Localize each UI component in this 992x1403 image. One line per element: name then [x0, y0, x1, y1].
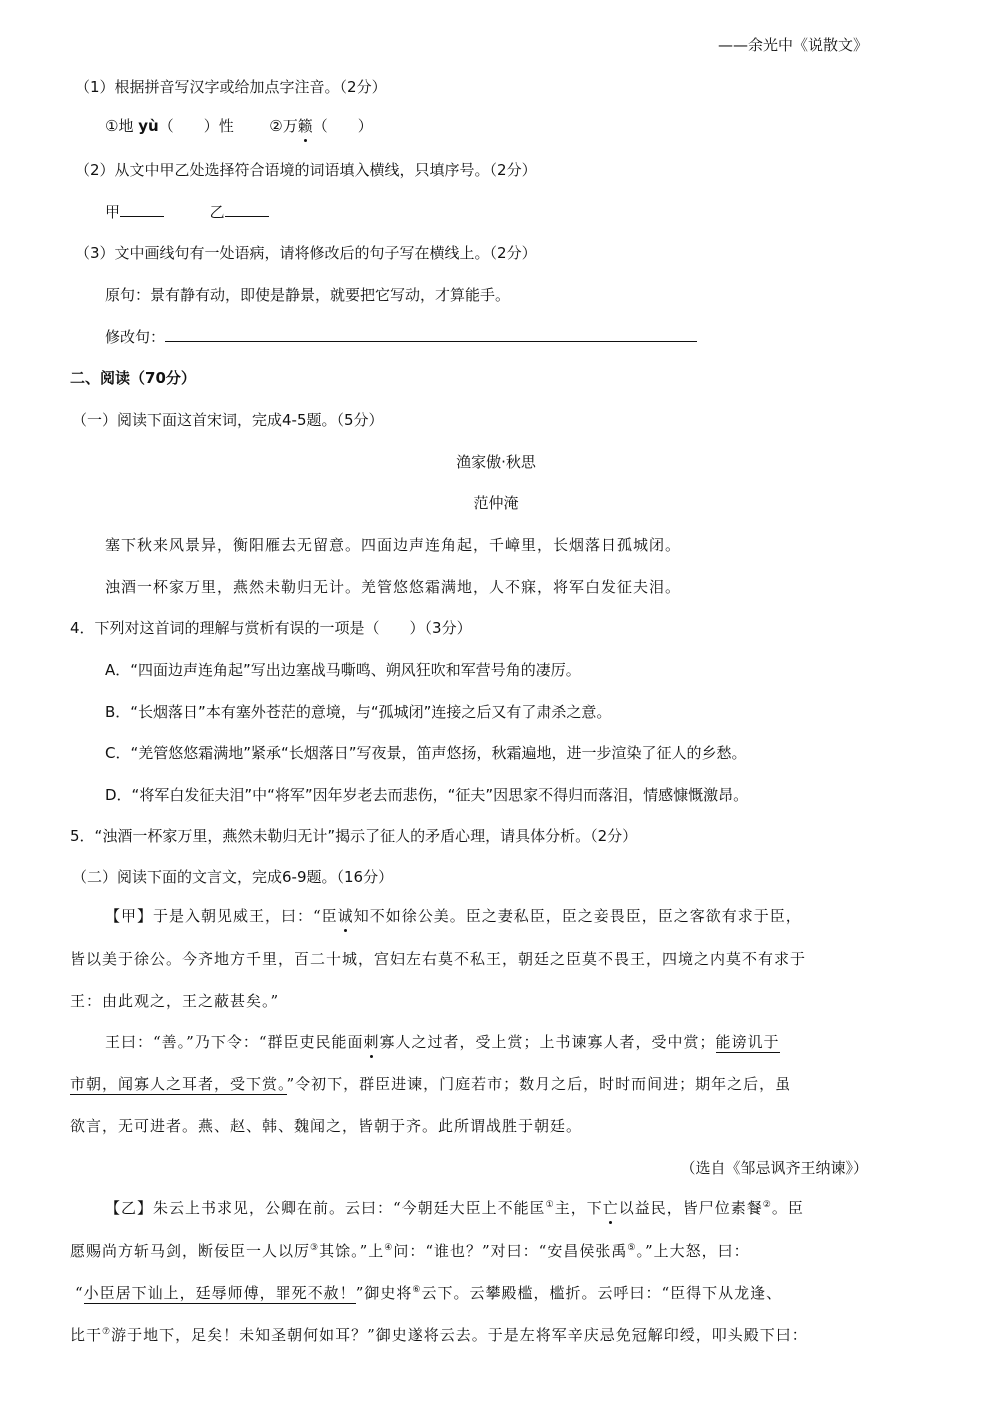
jia-text: ”令初下，群臣进谏，门庭若市；数月之后，时时而间进；期年之后，虽: [287, 1075, 792, 1093]
question-4-prompt: 4．下列对这首词的理解与赏析有误的一项是（ ）（3分）: [70, 618, 472, 638]
item-2-answer-blank[interactable]: （ ）: [313, 117, 373, 135]
part-2-intro: （二）阅读下面的文言文，完成6-9题。（16分）: [72, 867, 393, 887]
yi-line-4: 比干⑦游于地下，足矣！未知圣朝何如耳？”御史遂将云去。于是左将军辛庆忌免冠解印绶…: [70, 1325, 808, 1345]
item-1-suffix: 性: [219, 117, 234, 135]
yi-text: 以益民，皆尸位素餐: [619, 1199, 763, 1217]
jia-line-4: 王曰：“善。”乃下令：“群臣吏民能面刺寡人之过者，受上赏；上书谏寡人者，受中赏；…: [105, 1032, 780, 1052]
option-b[interactable]: B．“长烟落日”本有塞外苍茫的意境，与“孤城闭”连接之后又有了肃杀之意。: [105, 702, 611, 722]
option-d[interactable]: D．“将军白发征夫泪”中“将军”因年岁老去而悲伤，“征夫”因思家不得归而落泪，情…: [105, 785, 748, 805]
question-2-prompt: （2）从文中甲乙处选择符合语境的词语填入横线，只填序号。（2分）: [75, 160, 537, 180]
poem-author: 范仲淹: [0, 493, 992, 513]
jia-line-6: 欲言，无可进者。燕、赵、韩、魏闻之，皆朝于齐。此所谓战胜于朝廷。: [70, 1116, 582, 1136]
jia-line-1: 【甲】于是入朝见威王，曰：“臣诚知不如徐公美。臣之妻私臣，臣之妾畏臣，臣之客欲有…: [105, 906, 802, 926]
yi-text: 比干: [70, 1326, 102, 1344]
question-1-items: ①地 yù（ ）性 ②万籁（ ）: [105, 116, 373, 136]
yi-text: 其馀。”上: [319, 1242, 384, 1260]
label-jia: 甲: [105, 203, 120, 221]
question-2-answers: 甲 乙: [105, 202, 269, 222]
revised-sentence-row: 修改句：: [105, 327, 697, 347]
question-3-prompt: （3）文中画线句有一处语病，请将修改后的句子写在横线上。（2分）: [75, 243, 537, 263]
question-1-prompt: （1）根据拼音写汉字或给加点字注音。（2分）: [75, 77, 387, 97]
quote-attribution: ——余光中《说散文》: [718, 35, 868, 55]
answer-blank-yi[interactable]: [225, 202, 269, 217]
yi-line-2: 愿赐尚方斩马剑，断佞臣一人以厉③其馀。”上④问：“谁也？”对曰：“安昌侯张禹⑤。…: [70, 1241, 750, 1261]
jia-text: 寡人之过者，受上赏；上书谏寡人者，受中赏；: [380, 1033, 716, 1051]
section-2-heading: 二、阅读（70分）: [70, 368, 196, 388]
dotted-char-ci: 刺: [364, 1032, 380, 1052]
footnote-marker: ①: [546, 1200, 555, 1210]
poem-line-1: 塞下秋来风景异，衡阳雁去无留意。四面边声连角起，千嶂里，长烟落日孤城闭。: [105, 535, 681, 555]
revised-label: 修改句：: [105, 328, 165, 346]
label-yi: 乙: [210, 203, 225, 221]
footnote-marker: ③: [310, 1243, 319, 1253]
poem-line-2: 浊酒一杯家万里，燕然未勒归无计。羌管悠悠霜满地，人不寐，将军白发征夫泪。: [105, 577, 681, 597]
footnote-marker: ⑦: [102, 1327, 111, 1337]
yi-text: 问：“谁也？”对曰：“安昌侯张禹: [393, 1242, 627, 1260]
poem-title: 渔家傲·秋思: [0, 452, 992, 472]
yi-text: 游于地下，足矣！未知圣朝何如耳？”御史遂将云去。于是左将军辛庆忌免冠解印绶，叩头…: [111, 1326, 808, 1344]
yi-text: 。臣: [772, 1199, 804, 1217]
jia-source: （选自《邹忌讽齐王纳谏》）: [680, 1158, 868, 1178]
jia-text: 【甲】于是入朝见威王，曰：“臣: [105, 907, 338, 925]
yi-text: ”御史将: [356, 1284, 413, 1302]
dotted-char-wang: 亡: [603, 1198, 619, 1218]
answer-blank-jia[interactable]: [120, 202, 164, 217]
jia-line-3: 王：由此观之，王之蔽甚矣。”: [70, 991, 279, 1011]
underlined-sentence: 市朝，闻寡人之耳者，受下赏。: [70, 1075, 287, 1095]
item-1-pinyin: yù: [138, 117, 158, 135]
yi-line-3: “小臣居下讪上，廷辱师傅，罪死不赦！”御史将⑥云下。云攀殿槛，槛折。云呼曰：“臣…: [75, 1283, 782, 1303]
yi-line-1: 【乙】朱云上书求见，公卿在前。云曰：“今朝廷大臣上不能匡①主，下亡以益民，皆尸位…: [105, 1198, 804, 1218]
footnote-marker: ④: [384, 1243, 393, 1253]
jia-line-5: 市朝，闻寡人之耳者，受下赏。”令初下，群臣进谏，门庭若市；数月之后，时时而间进；…: [70, 1074, 791, 1094]
revised-sentence-blank[interactable]: [165, 327, 697, 342]
yi-text: 主，下: [555, 1199, 603, 1217]
option-a[interactable]: A．“四面边声连角起”写出边塞战马嘶鸣、朔风狂吹和军营号角的凄厉。: [105, 660, 581, 680]
item-2-dotted-char: 籁: [298, 116, 313, 136]
item-1-prefix: ①地: [105, 117, 133, 135]
footnote-marker: ②: [763, 1200, 772, 1210]
item-2-prefix: ②万: [269, 117, 297, 135]
yi-text: 。”上大怒，曰：: [636, 1242, 749, 1260]
jia-line-2: 皆以美于徐公。今齐地方千里，百二十城，宫妇左右莫不私王，朝廷之臣莫不畏王，四境之…: [70, 949, 806, 969]
yi-text: 云下。云攀殿槛，槛折。云呼曰：“臣得下从龙逢、: [421, 1284, 782, 1302]
yi-text: “: [75, 1284, 84, 1302]
option-c[interactable]: C．“羌管悠悠霜满地”紧承“长烟落日”写夜景，笛声悠扬，秋霜遍地，进一步渲染了征…: [105, 743, 747, 763]
item-1-answer-blank[interactable]: （ ）: [159, 117, 219, 135]
question-5-prompt: 5．“浊酒一杯家万里，燕然未勒归无计”揭示了征人的矛盾心理，请具体分析。（2分）: [70, 826, 637, 846]
underlined-sentence: 小臣居下讪上，廷辱师傅，罪死不赦！: [84, 1284, 356, 1304]
dotted-char-cheng: 诚: [338, 906, 354, 926]
jia-text: 王曰：“善。”乃下令：“群臣吏民能面: [105, 1033, 364, 1051]
part-1-intro: （一）阅读下面这首宋词，完成4-5题。（5分）: [72, 410, 384, 430]
yi-text: 愿赐尚方斩马剑，断佞臣一人以厉: [70, 1242, 310, 1260]
yi-text: 【乙】朱云上书求见，公卿在前。云曰：“今朝廷大臣上不能匡: [105, 1199, 546, 1217]
jia-text: 知不如徐公美。臣之妻私臣，臣之妾畏臣，臣之客欲有求于臣，: [354, 907, 802, 925]
original-sentence: 原句：景有静有动，即使是静景，就要把它写动，才算能手。: [105, 285, 510, 305]
underlined-sentence: 能谤讥于: [716, 1033, 780, 1053]
